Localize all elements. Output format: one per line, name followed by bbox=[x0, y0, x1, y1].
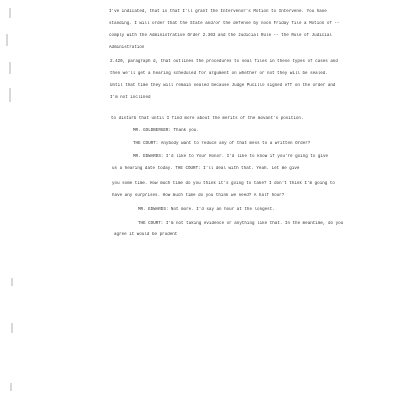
transcript-line: you some time. How much time do you thin… bbox=[112, 182, 335, 187]
transcript-line: agree it would be prudent bbox=[114, 233, 177, 238]
transcript-line: Until that time they will remain sealed … bbox=[110, 84, 335, 89]
transcript-line: MR. EDWARDS: I'd like to Your Honor. I'd… bbox=[133, 155, 328, 160]
transcript-line: MR. EDWARDS: Not more. I'd say an hour a… bbox=[138, 208, 275, 213]
transcript-line: to disturb that until I find more about … bbox=[111, 117, 304, 122]
margin-mark bbox=[9, 62, 11, 74]
margin-mark bbox=[6, 34, 8, 46]
transcript-line: I've indicated, that is that I'll grant … bbox=[109, 10, 327, 15]
margin-mark bbox=[9, 8, 11, 18]
transcript-line: have any surprises. How much time do you… bbox=[112, 194, 284, 199]
transcript-line: us a hearing date today. THE COURT: I'll… bbox=[112, 167, 299, 172]
transcript-line: I'm not inclined bbox=[110, 96, 151, 101]
margin-mark bbox=[10, 383, 12, 391]
transcript-line: THE COURT: I'm not taking evidence or an… bbox=[138, 222, 343, 227]
transcript-line: MR. GOLDBERGER: Thank you. bbox=[133, 129, 199, 134]
transcript-line: 2.420, paragraph d, that outlines the pr… bbox=[110, 60, 338, 65]
transcript-page: I've indicated, that is that I'll grant … bbox=[0, 0, 400, 400]
transcript-line: then we'll get a hearing scheduled for a… bbox=[110, 72, 328, 77]
margin-mark bbox=[11, 278, 13, 286]
transcript-line: THE COURT: Anybody want to reduce any of… bbox=[133, 142, 310, 147]
margin-mark bbox=[9, 88, 11, 102]
transcript-line: comply with the Administrative Order 2.3… bbox=[109, 34, 332, 39]
margin-mark bbox=[11, 323, 13, 333]
transcript-line: Administration bbox=[109, 46, 144, 51]
transcript-line: standing. I will order that the State an… bbox=[109, 22, 340, 27]
